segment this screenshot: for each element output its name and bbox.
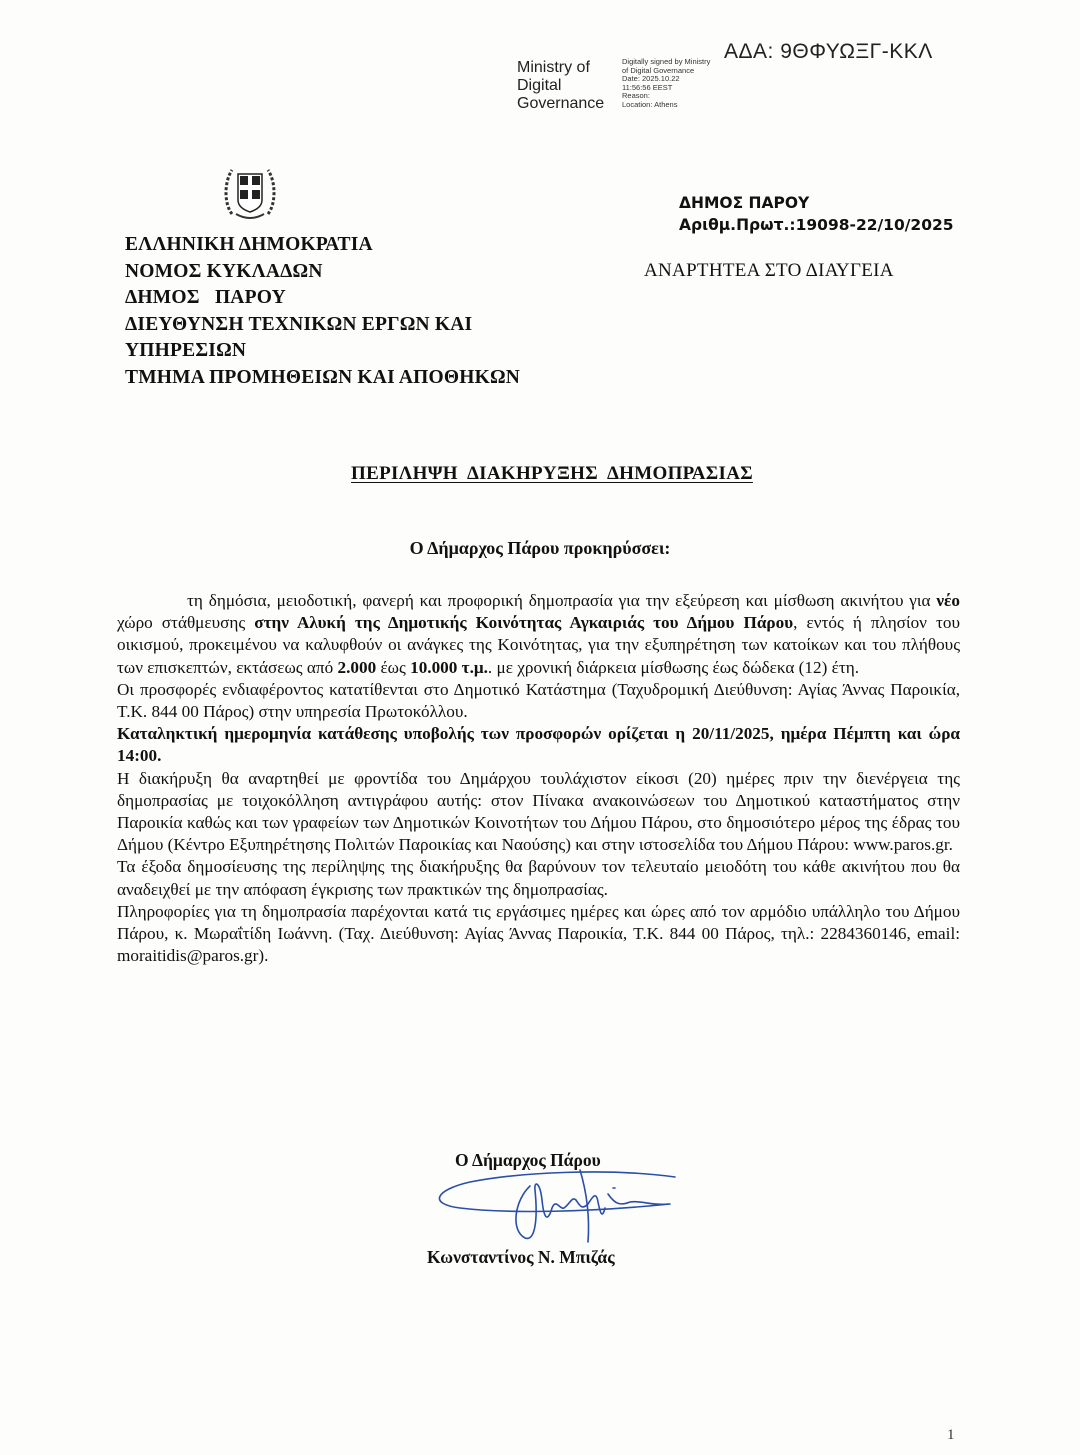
paragraph-costs: Τα έξοδα δημοσίευσης της περίληψης της δ…	[117, 856, 960, 900]
digital-signature-details: Digitally signed by Ministry of Digital …	[622, 58, 710, 110]
digital-signer: Ministry of Digital Governance	[517, 59, 604, 113]
signatory-name: Κωνσταντίνος Ν. Μπιζάς	[427, 1247, 615, 1268]
protocol-number: Αριθμ.Πρωτ.:19098-22/10/2025	[679, 214, 954, 236]
issuer-line: ΔΗΜΟΣ ΠΑΡΟΥ	[125, 285, 520, 312]
document-body: τη δημόσια, μειοδοτική, φανερή και προφο…	[117, 590, 960, 967]
paragraph-submission: Οι προσφορές ενδιαφέροντος κατατίθενται …	[117, 679, 960, 723]
issuer-block: ΕΛΛΗΝΙΚΗ ΔΗΜΟΚΡΑΤΙΑ ΝΟΜΟΣ ΚΥΚΛΑΔΩΝ ΔΗΜΟΣ…	[125, 232, 520, 391]
paragraph-information: Πληροφορίες για τη δημοπρασία παρέχονται…	[117, 901, 960, 968]
issuer-line: ΥΠΗΡΕΣΙΩΝ	[125, 338, 520, 365]
page-number: 1	[947, 1427, 955, 1444]
issuer-line: ΤΜΗΜΑ ΠΡΟΜΗΘΕΙΩΝ ΚΑΙ ΑΠΟΘΗΚΩΝ	[125, 365, 520, 392]
area-max: 10.000 τ.μ.	[410, 658, 488, 677]
diavgeia-notice: ΑΝΑΡΤΗΤΕΑ ΣΤΟ ΔΙΑΥΓΕΙΑ	[644, 260, 894, 282]
signer-line: Digital	[517, 77, 604, 95]
location-bold: στην Αλυκή της Δημοτικής Κοινότητας Αγκα…	[254, 613, 793, 632]
title-text: ΠΕΡΙΛΗΨΗ ΔΙΑΚΗΡΥΞΗΣ ΔΗΜΟΠΡΑΣΙΑΣ	[351, 463, 753, 484]
paragraph-auction: τη δημόσια, μειοδοτική, φανερή και προφο…	[117, 590, 960, 679]
text: τη δημόσια, μειοδοτική, φανερή και προφο…	[187, 591, 936, 610]
text: χώρο στάθμευσης	[117, 613, 254, 632]
signer-line: Governance	[517, 95, 604, 113]
text: . με χρονική διάρκεια μίσθωσης έως δώδεκ…	[488, 658, 859, 677]
sig-detail: Location: Athens	[622, 101, 710, 110]
bold-text: νέο	[936, 591, 960, 610]
area-min: 2.000	[337, 658, 376, 677]
ada-code: ΑΔΑ: 9ΘΦΥΩΞΓ-ΚΚΛ	[724, 40, 933, 64]
issuer-line: ΕΛΛΗΝΙΚΗ ΔΗΜΟΚΡΑΤΙΑ	[125, 232, 520, 259]
paragraph-publication: Η διακήρυξη θα αναρτηθεί με φροντίδα του…	[117, 768, 960, 857]
proclamation-heading: Ο Δήμαρχος Πάρου προκηρύσσει:	[0, 538, 1080, 559]
greek-coat-of-arms-icon	[222, 160, 278, 224]
handwritten-signature-icon	[430, 1160, 680, 1250]
signer-line: Ministry of	[517, 59, 604, 77]
paragraph-deadline: Καταληκτική ημερομηνία κατάθεσης υποβολή…	[117, 723, 960, 767]
text: έως	[376, 658, 410, 677]
issuer-line: ΔΙΕΥΘΥΝΣΗ ΤΕΧΝΙΚΩΝ ΕΡΓΩΝ ΚΑΙ	[125, 312, 520, 339]
municipality-label: ΔΗΜΟΣ ΠΑΡΟΥ	[679, 192, 954, 214]
document-title: ΠΕΡΙΛΗΨΗ ΔΙΑΚΗΡΥΞΗΣ ΔΗΜΟΠΡΑΣΙΑΣ	[0, 463, 1080, 485]
protocol-block: ΔΗΜΟΣ ΠΑΡΟΥ Αριθμ.Πρωτ.:19098-22/10/2025	[679, 192, 954, 236]
issuer-line: ΝΟΜΟΣ ΚΥΚΛΑΔΩΝ	[125, 259, 520, 286]
